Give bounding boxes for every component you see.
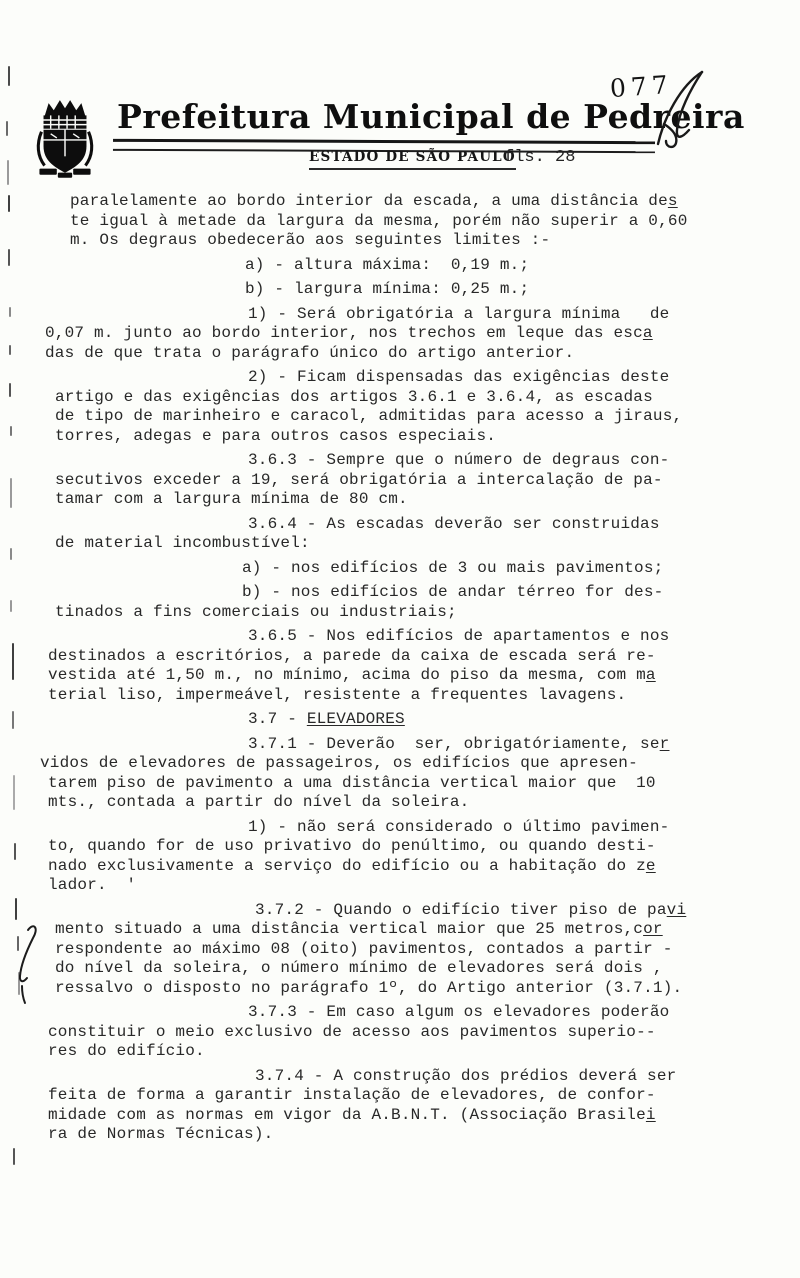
document-body: paralelamente ao bordo interior da escad… (48, 192, 774, 1150)
margin-mark (13, 1148, 15, 1165)
text-line: mento situado a uma distância vertical m… (55, 920, 774, 940)
text-line: te igual à metade da largura da mesma, p… (70, 212, 774, 232)
paragraph: 1) - não será considerado o último pavim… (48, 818, 774, 896)
text-line: 1) - Será obrigatória a largura mínima d… (51, 305, 774, 325)
text-line: res do edifício. (48, 1042, 774, 1062)
paragraph: a) - altura máxima: 0,19 m.; (48, 256, 774, 276)
text-line: 3.7.3 - Em caso algum os elevadores pode… (51, 1003, 774, 1023)
text-line: das de que trata o parágrafo único do ar… (45, 344, 774, 364)
text-line: ressalvo o disposto no parágrafo 1º, do … (55, 979, 774, 999)
text-line: 3.7 - ELEVADORES (51, 710, 774, 730)
text-line: artigo e das exigências dos artigos 3.6.… (55, 388, 774, 408)
text-line: constituir o meio exclusivo de acesso ao… (48, 1023, 774, 1043)
text-line: torres, adegas e para outros casos espec… (55, 427, 774, 447)
text-line: tarem piso de pavimento a uma distância … (48, 774, 774, 794)
text-line: a) - nos edifícios de 3 ou mais paviment… (45, 559, 774, 579)
text-line: mts., contada a partir do nível da solei… (48, 793, 774, 813)
text-line: 3.7.1 - Deverão ser, obrigatóriamente, s… (51, 735, 774, 755)
margin-mark (15, 898, 17, 920)
paragraph: b) - nos edifícios de andar térreo for d… (48, 583, 774, 622)
margin-mark (10, 600, 12, 612)
margin-mark (14, 843, 16, 860)
margin-mark (9, 307, 11, 317)
text-line: de tipo de marinheiro e caracol, admitid… (55, 407, 774, 427)
paragraph: 2) - Ficam dispensadas das exigências de… (48, 368, 774, 446)
text-line: 3.6.5 - Nos edifícios de apartamentos e … (51, 627, 774, 647)
margin-mark (8, 249, 10, 266)
paragraph: paralelamente ao bordo interior da escad… (48, 192, 774, 251)
margin-mark (13, 775, 15, 810)
text-line: respondente ao máximo 08 (oito) paviment… (55, 940, 774, 960)
text-line: paralelamente ao bordo interior da escad… (70, 192, 774, 212)
margin-mark (10, 426, 12, 436)
paragraph: 1) - Será obrigatória a largura mínima d… (48, 305, 774, 364)
margin-mark (9, 345, 11, 355)
text-line: do nível da soleira, o número mínimo de … (55, 959, 774, 979)
text-line: b) - nos edifícios de andar térreo for d… (45, 583, 774, 603)
text-line: a) - altura máxima: 0,19 m.; (48, 256, 774, 276)
folio-number: fls. 28 (504, 148, 575, 167)
margin-mark (12, 711, 14, 729)
margin-mark (8, 195, 10, 212)
text-line: midade com as normas em vigor da A.B.N.T… (48, 1106, 774, 1126)
signature-rubric-icon (648, 68, 710, 152)
coat-of-arms-icon (36, 97, 94, 187)
text-line: nado exclusivamente a serviço do edifíci… (48, 857, 774, 877)
paragraph: 3.6.5 - Nos edifícios de apartamentos e … (48, 627, 774, 705)
margin-mark (10, 548, 12, 560)
text-line: destinados a escritórios, a parede da ca… (48, 647, 774, 667)
margin-mark (10, 478, 12, 508)
paragraph: a) - nos edifícios de 3 ou mais paviment… (48, 559, 774, 579)
scanned-document-page: Prefeitura Municipal de Pedreira ESTADO … (0, 0, 800, 1278)
text-line: vestida até 1,50 m., no mínimo, acima do… (48, 666, 774, 686)
text-line: 3.7.4 - A construção dos prédios deverá … (58, 1067, 774, 1087)
text-line: tamar com a largura mínima de 80 cm. (55, 490, 774, 510)
handwritten-mark (12, 920, 40, 1006)
margin-mark (6, 121, 8, 136)
paragraph: 3.7.1 - Deverão ser, obrigatóriamente, s… (48, 735, 774, 813)
paragraph: 3.7.4 - A construção dos prédios deverá … (48, 1067, 774, 1145)
text-line: feita de forma a garantir instalação de … (48, 1086, 774, 1106)
text-line: 3.6.4 - As escadas deverão ser construid… (51, 515, 774, 535)
paragraph: 3.7 - ELEVADORES (48, 710, 774, 730)
text-line: terial liso, impermeável, resistente a f… (48, 686, 774, 706)
text-line: 0,07 m. junto ao bordo interior, nos tre… (45, 324, 774, 344)
margin-mark (9, 383, 11, 397)
text-line: tinados a fins comerciais ou industriais… (55, 603, 774, 623)
document-subtitle: ESTADO DE SÃO PAULO (309, 149, 516, 170)
paragraph: 3.6.4 - As escadas deverão ser construid… (48, 515, 774, 554)
paragraph: b) - largura mínima: 0,25 m.; (48, 280, 774, 300)
text-line: 2) - Ficam dispensadas das exigências de… (51, 368, 774, 388)
paragraph: 3.7.3 - Em caso algum os elevadores pode… (48, 1003, 774, 1062)
text-line: m. Os degraus obedecerão aos seguintes l… (70, 231, 774, 251)
text-line: 3.7.2 - Quando o edifício tiver piso de … (58, 901, 774, 921)
text-line: secutivos exceder a 19, será obrigatória… (55, 471, 774, 491)
text-line: vidos de elevadores de passageiros, os e… (40, 754, 774, 774)
text-line: de material incombustível: (55, 534, 774, 554)
text-line: lador. ' (48, 876, 774, 896)
text-line: b) - largura mínima: 0,25 m.; (48, 280, 774, 300)
margin-mark (12, 643, 14, 680)
text-line: ra de Normas Técnicas). (48, 1125, 774, 1145)
paragraph: 3.6.3 - Sempre que o número de degraus c… (48, 451, 774, 510)
margin-mark (8, 66, 10, 86)
text-line: 1) - não será considerado o último pavim… (51, 818, 774, 838)
margin-mark (7, 160, 9, 185)
text-line: to, quando for de uso privativo do penúl… (48, 837, 774, 857)
paragraph: 3.7.2 - Quando o edifício tiver piso de … (48, 901, 774, 999)
text-line: 3.6.3 - Sempre que o número de degraus c… (51, 451, 774, 471)
